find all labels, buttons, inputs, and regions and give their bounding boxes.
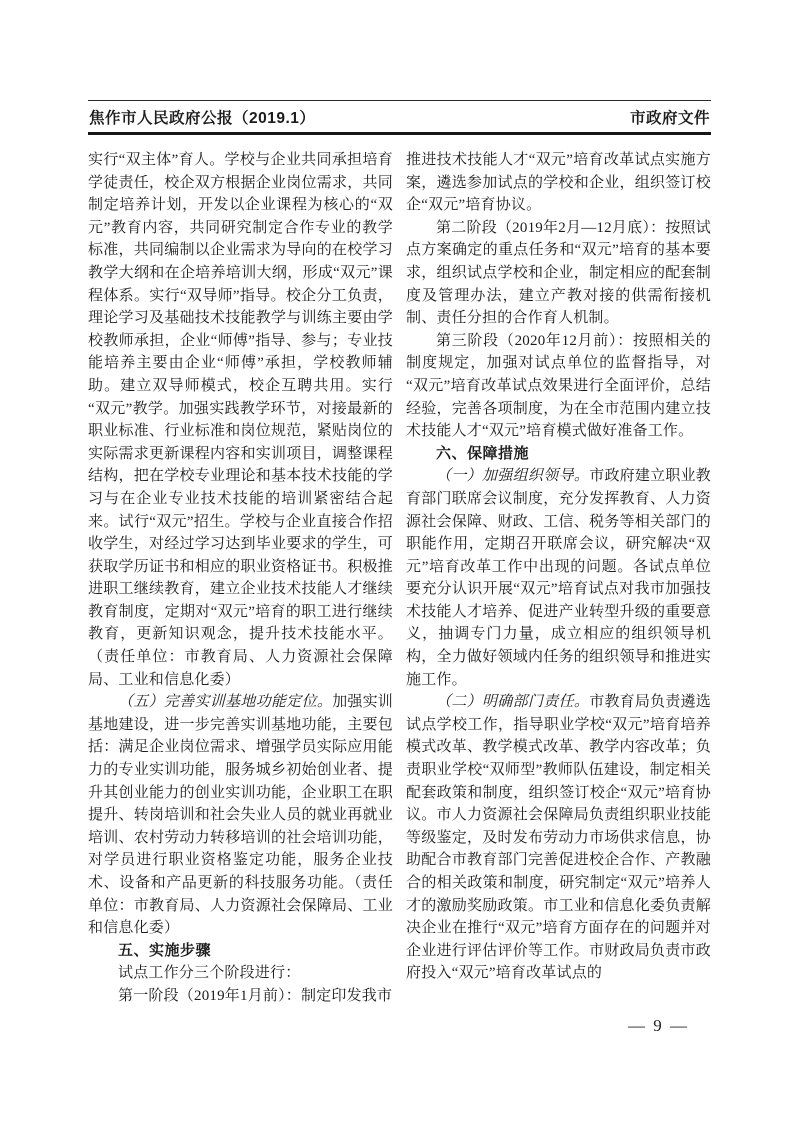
paragraph: 第三阶段（2020年12月前）：按照相关的制度规定，加强对试点单位的监督指导，对… (406, 330, 711, 443)
paragraph: （一）加强组织领导。市政府建立职业教育部门联席会议制度，充分发挥教育、人力资源社… (406, 465, 711, 691)
paragraph: 实行“双主体”育人。学校与企业共同承担培育学徒责任，校企双方根据企业岗位需求，共… (88, 149, 393, 691)
section-heading: 六、保障措施 (406, 443, 711, 466)
paragraph-lead: （五）完善实训基地功能定位。 (118, 694, 332, 710)
page-number: — 9 — (628, 1016, 689, 1035)
page-footer: — 9 — (88, 1016, 711, 1036)
paragraph: 推进技术技能人才“双元”培育改革试点实施方案，遴选参加试点的学校和企业，组织签订… (406, 149, 711, 217)
document-category-label: 市政府文件 (630, 106, 710, 128)
right-column: 推进技术技能人才“双元”培育改革试点实施方案，遴选参加试点的学校和企业，组织签订… (406, 149, 711, 1008)
page-header: 焦作市人民政府公报（2019.1） 市政府文件 (88, 100, 711, 135)
left-column: 实行“双主体”育人。学校与企业共同承担培育学徒责任，校企双方根据企业岗位需求，共… (88, 149, 393, 1008)
paragraph: 第二阶段（2019年2月—12月底）：按照试点方案确定的重点任务和“双元”培育的… (406, 217, 711, 330)
gazette-title: 焦作市人民政府公报（2019.1） (89, 106, 315, 128)
paragraph: （二）明确部门责任。市教育局负责遴选试点学校工作，指导职业学校“双元”培育培养模… (406, 691, 711, 985)
paragraph: （五）完善实训基地功能定位。加强实训基地建设，进一步完善实训基地功能，主要包括：… (88, 691, 393, 940)
document-body: 实行“双主体”育人。学校与企业共同承担培育学徒责任，校企双方根据企业岗位需求，共… (88, 149, 711, 1008)
paragraph-lead: （一）加强组织领导。 (436, 468, 589, 484)
paragraph: 试点工作分三个阶段进行： (88, 962, 393, 985)
gazette-page: 焦作市人民政府公报（2019.1） 市政府文件 实行“双主体”育人。学校与企业共… (0, 0, 793, 1122)
section-heading: 五、实施步骤 (88, 940, 393, 963)
paragraph-lead: （二）明确部门责任。 (436, 694, 589, 710)
paragraph: 第一阶段（2019年1月前）：制定印发我市 (88, 985, 393, 1008)
